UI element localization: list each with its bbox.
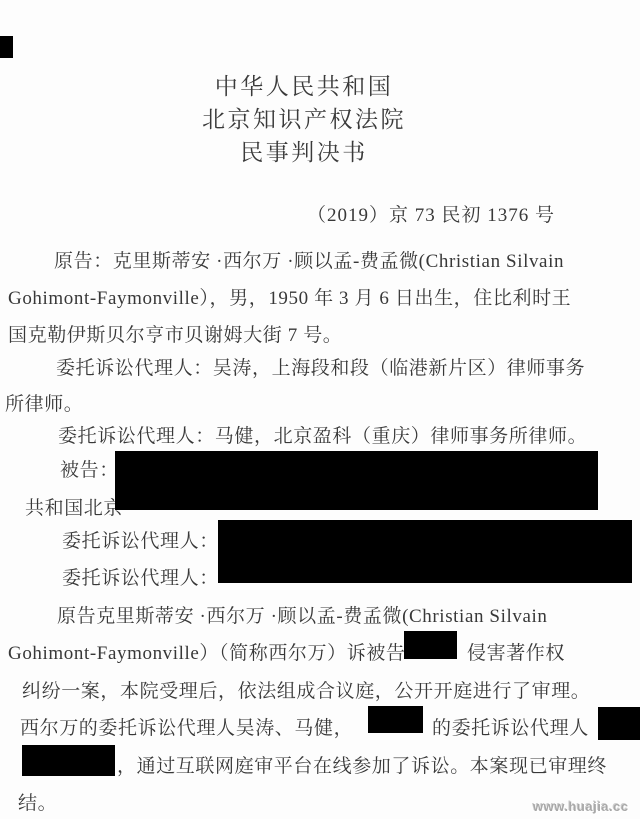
body-line-defendant-label: 被告：	[60, 455, 119, 482]
body-line-case-intro-1: 原告克里斯蒂安 ·西尔万 ·顾以孟-费孟微(Christian Silvain	[57, 601, 547, 628]
redaction-box-agent-name-cont	[22, 745, 115, 776]
redaction-bar-defendant	[115, 451, 598, 510]
body-line-hearing-1a: 西尔万的委托诉讼代理人吴涛、马健，	[20, 713, 353, 740]
body-line-plaintiff-1: 原告：克里斯蒂安 ·西尔万 ·顾以孟-费孟微(Christian Silvain	[54, 246, 564, 273]
page-title-line-1: 中华人民共和国	[0, 68, 608, 101]
redaction-box-defendant-name	[404, 631, 457, 659]
body-line-agent1-2: 所律师。	[5, 389, 83, 416]
body-line-agent1-1: 委托诉讼代理人：吴涛，上海段和段（临港新片区）律师事务	[56, 353, 585, 380]
redaction-box-agent-name-start	[598, 707, 640, 740]
page-title-line-3: 民事判决书	[0, 134, 608, 167]
body-line-agent2: 委托诉讼代理人：马健，北京盈科（重庆）律师事务所律师。	[58, 421, 587, 448]
redaction-bar-def-agents	[218, 520, 632, 583]
watermark: www.huajia.cc	[533, 799, 629, 814]
body-line-hearing-3: 结。	[18, 788, 57, 815]
body-line-case-intro-2a: Gohimont-Faymonville）（简称西尔万）诉被告	[8, 638, 406, 665]
body-line-hearing-1b: 的委托诉讼代理人	[432, 713, 589, 740]
document-page: 中华人民共和国 北京知识产权法院 民事判决书 （2019）京 73 民初 137…	[0, 0, 640, 819]
scan-artifact-mark	[0, 36, 13, 58]
body-line-hearing-2: ，通过互联网庭审平台在线参加了诉讼。本案现已审理终	[117, 751, 607, 778]
body-line-plaintiff-3: 国克勒伊斯贝尔亨市贝谢姆大街 7 号。	[8, 320, 342, 347]
body-line-def-agent-1: 委托诉讼代理人：	[62, 526, 219, 553]
body-line-def-agent-2: 委托诉讼代理人：	[62, 563, 219, 590]
body-line-case-intro-3: 纠纷一案，本院受理后，依法组成合议庭，公开开庭进行了审理。	[22, 676, 590, 703]
case-number: （2019）京 73 民初 1376 号	[307, 200, 555, 227]
body-line-defendant-cont: 共和国北京	[25, 493, 123, 520]
redaction-box-party-name	[368, 706, 423, 733]
body-line-plaintiff-2: Gohimont-Faymonville），男，1950 年 3 月 6 日出生…	[8, 283, 571, 310]
body-line-case-intro-2b: 侵害著作权	[467, 638, 565, 665]
page-title-line-2: 北京知识产权法院	[0, 101, 608, 134]
